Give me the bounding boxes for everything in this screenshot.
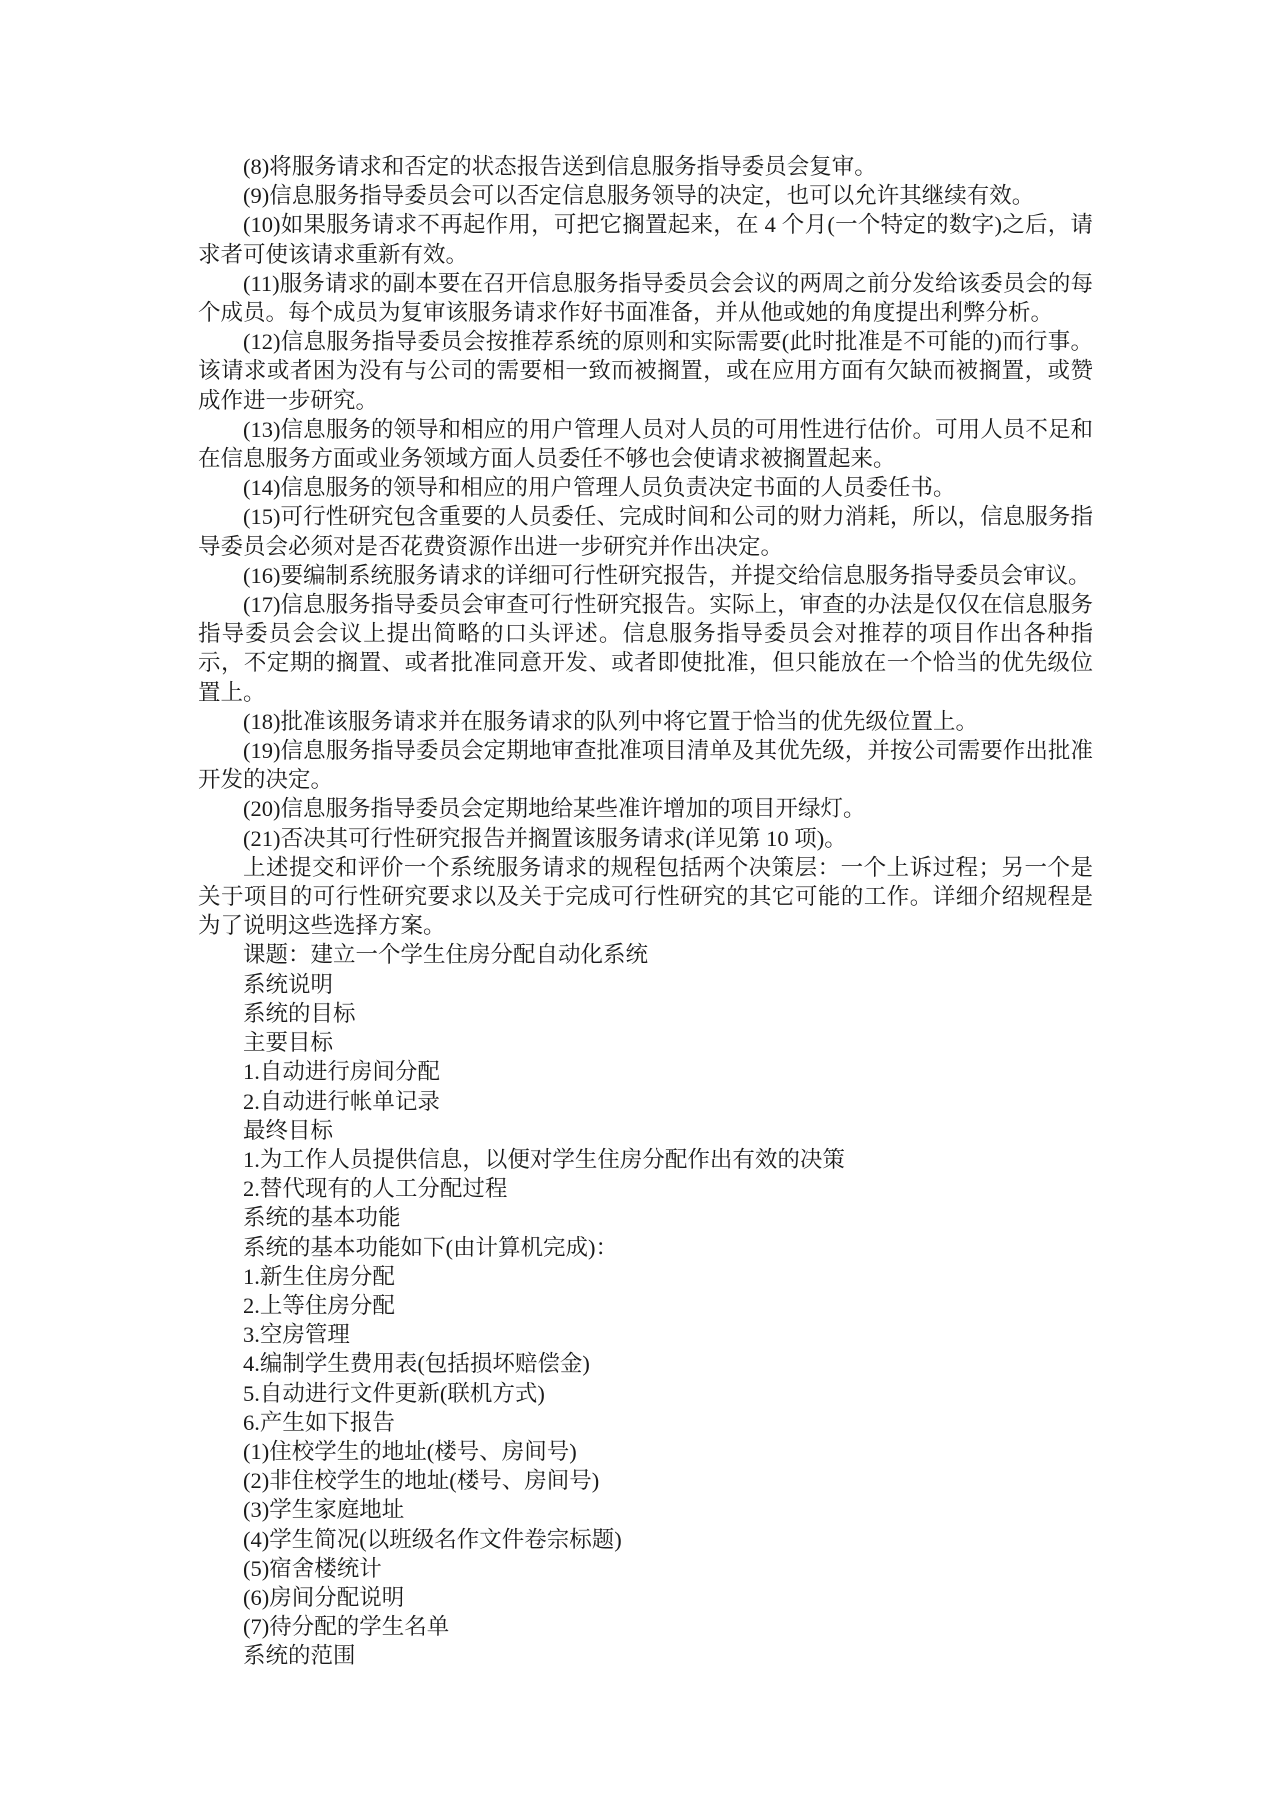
paragraph: (13)信息服务的领导和相应的用户管理人员对人员的可用性进行估价。可用人员不足和… — [198, 415, 1093, 473]
document-body: (8)将服务请求和否定的状态报告送到信息服务指导委员会复审。(9)信息服务指导委… — [198, 152, 1093, 1671]
paragraph: (14)信息服务的领导和相应的用户管理人员负责决定书面的人员委任书。 — [198, 473, 1093, 502]
paragraph: (3)学生家庭地址 — [198, 1495, 1093, 1524]
paragraph: (8)将服务请求和否定的状态报告送到信息服务指导委员会复审。 — [198, 152, 1093, 181]
paragraph: (6)房间分配说明 — [198, 1583, 1093, 1612]
paragraph: 上述提交和评价一个系统服务请求的规程包括两个决策层：一个上诉过程；另一个是关于项… — [198, 853, 1093, 941]
paragraph: 2.替代现有的人工分配过程 — [198, 1174, 1093, 1203]
paragraph: 系统的基本功能如下(由计算机完成)： — [198, 1233, 1093, 1262]
paragraph: 5.自动进行文件更新(联机方式) — [198, 1379, 1093, 1408]
paragraph: (20)信息服务指导委员会定期地给某些准许增加的项目开绿灯。 — [198, 794, 1093, 823]
paragraph: 4.编制学生费用表(包括损坏赔偿金) — [198, 1349, 1093, 1378]
paragraph: (10)如果服务请求不再起作用，可把它搁置起来，在 4 个月(一个特定的数字)之… — [198, 210, 1093, 268]
paragraph: 2.上等住房分配 — [198, 1291, 1093, 1320]
paragraph: 最终目标 — [198, 1116, 1093, 1145]
paragraph: (9)信息服务指导委员会可以否定信息服务领导的决定，也可以允许其继续有效。 — [198, 181, 1093, 210]
paragraph: (16)要编制系统服务请求的详细可行性研究报告，并提交给信息服务指导委员会审议。 — [198, 561, 1093, 590]
paragraph: 2.自动进行帐单记录 — [198, 1087, 1093, 1116]
paragraph: (1)住校学生的地址(楼号、房间号) — [198, 1437, 1093, 1466]
paragraph: 主要目标 — [198, 1028, 1093, 1057]
paragraph: (19)信息服务指导委员会定期地审查批准项目清单及其优先级，并按公司需要作出批准… — [198, 736, 1093, 794]
paragraph: (4)学生简况(以班级名作文件卷宗标题) — [198, 1525, 1093, 1554]
paragraph: 1.为工作人员提供信息，以便对学生住房分配作出有效的决策 — [198, 1145, 1093, 1174]
paragraph: 系统说明 — [198, 970, 1093, 999]
document-page: (8)将服务请求和否定的状态报告送到信息服务指导委员会复审。(9)信息服务指导委… — [0, 0, 1280, 1810]
paragraph: 系统的范围 — [198, 1641, 1093, 1670]
paragraph: 1.自动进行房间分配 — [198, 1057, 1093, 1086]
paragraph: 1.新生住房分配 — [198, 1262, 1093, 1291]
paragraph: (7)待分配的学生名单 — [198, 1612, 1093, 1641]
paragraph: 系统的基本功能 — [198, 1203, 1093, 1232]
paragraph: (18)批准该服务请求并在服务请求的队列中将它置于恰当的优先级位置上。 — [198, 707, 1093, 736]
paragraph: (15)可行性研究包含重要的人员委任、完成时间和公司的财力消耗，所以，信息服务指… — [198, 502, 1093, 560]
paragraph: 6.产生如下报告 — [198, 1408, 1093, 1437]
paragraph: (21)否决其可行性研究报告并搁置该服务请求(详见第 10 项)。 — [198, 824, 1093, 853]
paragraph: 课题：建立一个学生住房分配自动化系统 — [198, 940, 1093, 969]
paragraph: (5)宿舍楼统计 — [198, 1554, 1093, 1583]
paragraph: (11)服务请求的副本要在召开信息服务指导委员会会议的两周之前分发给该委员会的每… — [198, 269, 1093, 327]
paragraph: 系统的目标 — [198, 999, 1093, 1028]
paragraph: (17)信息服务指导委员会审查可行性研究报告。实际上，审查的办法是仅仅在信息服务… — [198, 590, 1093, 707]
paragraph: 3.空房管理 — [198, 1320, 1093, 1349]
paragraph: (12)信息服务指导委员会按推荐系统的原则和实际需要(此时批准是不可能的)而行事… — [198, 327, 1093, 415]
paragraph: (2)非住校学生的地址(楼号、房间号) — [198, 1466, 1093, 1495]
